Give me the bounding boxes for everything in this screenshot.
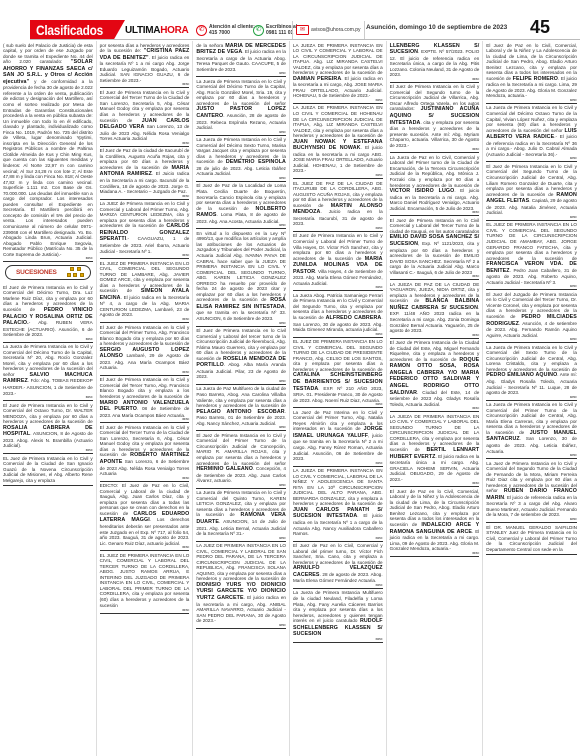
notice-code: IM/SC	[3, 396, 93, 399]
legal-notice: LA JUEZA DE PRIMERA INSTANCIA EN LO CIVI…	[293, 104, 383, 179]
notice-text: de la señora	[196, 43, 225, 48]
notice-highlight-name: DAMIAN PEREIRA	[293, 76, 341, 82]
notice-text: LA JUEZA DE PRIMERA INSTANCIA EN LO CIVI…	[293, 468, 383, 506]
notice-code: IM/SC	[390, 552, 480, 555]
notice-code: IM/SC	[486, 396, 577, 399]
notice-code: IM/SC	[100, 477, 190, 480]
legal-notice: LA JUEZA DE PRIMERA INSTANCIA EN LO CIVI…	[293, 41, 383, 104]
legal-notice: LA JUEZ DE PRIMERA INSTANCIA EN LO CIVIL…	[196, 542, 286, 629]
notice-code: IM/SC	[486, 99, 577, 102]
notice-text: LA JUEZA DE PRIMERA INSTANCIA EN LO CIVI…	[293, 43, 383, 76]
notice-code: IM/SC	[196, 131, 286, 134]
envelope-icon: ✉	[296, 25, 309, 35]
notice-code: IM/SC	[486, 157, 577, 160]
notice-code: IM/SC	[293, 99, 383, 102]
legal-notice: La Jueza de Primera Instancia en lo Civi…	[486, 104, 577, 162]
legal-notice: El Juez de Paz de la ciudad de Itacurubí…	[100, 147, 190, 200]
notice-highlight-name: VICTOR ISIDRO LUGO	[390, 188, 455, 194]
notice-text: La Jueza de Paz en lo Civil, Comercial y…	[390, 155, 480, 188]
notice-text: En virtud a lo dispuesto en la Ley Nº 49…	[196, 231, 286, 303]
notice-code: IM/SC	[196, 177, 286, 180]
legal-notice: por sesenta días a herederos y acreedore…	[100, 41, 190, 88]
dateline: Asunción, domingo 10 de septiembre de 20…	[366, 24, 507, 31]
column-3: de la señora MARIA DE MERCEDES BRITEZ DE…	[193, 41, 290, 756]
notice-code: IM/SC	[486, 285, 577, 288]
contact-email-address: avisos@uhora.com.py	[311, 27, 361, 33]
notice-text: El DR. MANUEL GERALDO SAIFILDIN STANLEY …	[486, 525, 577, 552]
legal-notice: La Jueza de Paz en lo Civil, Comercial y…	[390, 153, 480, 216]
notice-code: IM/SC	[293, 638, 383, 641]
page-header: Clasificados ULTIMAHORA ✆ Atención al cl…	[0, 0, 580, 40]
page-number: 45	[530, 17, 550, 38]
section-badge-sucesiones: SUCESIONES	[5, 265, 91, 280]
notice-code: IM/SC	[100, 318, 190, 321]
notice-code: IM/SC	[486, 518, 577, 521]
legal-notice: La Jueza de Primera Instancia en lo Civi…	[196, 136, 286, 182]
section-title: Clasificados	[36, 22, 103, 38]
legal-notice: EL Juez de Primera Instancia en lo Civil…	[3, 454, 93, 486]
notice-text: El Juez de Primera Instancia en lo Civil…	[390, 218, 480, 234]
notice-code: IM/SC	[100, 609, 190, 612]
notice-code: IM/SC	[390, 407, 480, 410]
notice-code: IM/SC	[390, 78, 480, 81]
legal-notice: EDICTO: El Juez de Paz en lo Civil, Come…	[100, 482, 190, 552]
notice-code: IM/SC	[486, 338, 577, 341]
column-5: LLENBERG KLASSEN S/ SUCESION. EXPTE. Nº …	[387, 41, 484, 756]
legal-notice: EL JUEZ DE PRIMERA INSTANCIA EN LO CIVIL…	[486, 221, 577, 291]
notice-text: El Juez de Primera Instancia en lo Civil…	[3, 403, 93, 425]
notice-code: IM/SC	[293, 462, 383, 465]
notice-code: IM/SC	[100, 142, 190, 145]
notice-code: IM/SC	[100, 195, 190, 198]
legal-notice: El Juez de Primera Instancia en lo Civil…	[100, 88, 190, 146]
notice-code: IM/SC	[196, 426, 286, 429]
notice-code: IM/SC	[390, 148, 480, 151]
family-tree-icon	[67, 267, 85, 278]
legal-notice: El Juez de Primera Instancia de la Ciuda…	[390, 339, 480, 413]
notice-code: IM/SC	[486, 454, 577, 457]
classifieds-columns: ( sub suelo del Palacio de Justicia) de …	[0, 41, 580, 756]
legal-notice: El Juez de Primera Instancia en lo Civil…	[486, 162, 577, 220]
legal-notice: El Juez del Juzgado de Primera Instancia…	[486, 290, 577, 343]
legal-notice: El Juez de Primera Instancia en lo Civil…	[100, 376, 190, 423]
whatsapp-icon: ✆	[253, 25, 264, 36]
notice-highlight-name: ALFREDO CABRERA	[326, 315, 382, 321]
legal-notice: EL JUEZ DE PRIMERA INSTANCIA EN LO CIVIL…	[293, 338, 383, 409]
notice-code: IM/SC	[293, 227, 383, 230]
notice-code: IM/SC	[100, 83, 190, 86]
notice-text: El Juez de Primera Instancia en lo Civil…	[100, 377, 190, 399]
legal-notice: LLENBERG KLASSEN S/ SUCESION. EXPTE. Nº …	[390, 41, 480, 83]
legal-notice: El Juez de Primera Instancia en lo Civil…	[100, 423, 190, 481]
legal-notice: El Juez de Primera Instancia en lo Civil…	[390, 83, 480, 154]
notice-text: LA JUEZA DE PRIMERA INSTANCIA EN LO CIVI…	[293, 105, 383, 138]
notice-highlight-name: PELAGIO ANTONIO ESCOBAR	[196, 409, 284, 415]
notice-code: IM/SC	[196, 624, 286, 627]
notice-text: EL JUEZ DE PRIMERA INSTANCIA EN LO CIVIL…	[486, 222, 577, 260]
notice-text: LA JUEZ DE PRIMERA INSTANCIA EN LO CIVIL…	[196, 543, 286, 581]
legal-notice: El Juez de Paz en lo Civil, Comercial, L…	[390, 487, 480, 557]
legal-notice: EL JUEZ DE PAZ DE LA CIUDAD DE ITACURUBI…	[293, 179, 383, 232]
notice-code: IM/SC	[293, 333, 383, 336]
notice-code: IM/SC	[390, 275, 480, 278]
legal-notice: La Jueza de Primera Instancia en lo Civi…	[486, 401, 577, 459]
notice-code: IM/SC	[3, 449, 93, 452]
notice-highlight-name: DEMETRIO ESPINOLA	[226, 159, 286, 165]
section-title-banner: Clasificados	[30, 20, 125, 40]
notice-text: El Juez de Primera Instancia en lo Civil…	[100, 325, 190, 347]
notice-text: EL JUEZ DE PRIMERA INSTANCIA EN LO CIVIL…	[293, 339, 383, 372]
logo-hora: HORA	[160, 25, 188, 36]
contact-email: ✉ avisos@uhora.com.py	[292, 21, 365, 39]
legal-notice: La Jueza Abog. Patricia Samaniego Ferrar…	[293, 291, 383, 337]
legal-notice: La JUEZ de Primera Instancia en lo Civil…	[100, 200, 190, 259]
notice-highlight-name: PEDRO EMILIANO AQUINO	[486, 372, 557, 378]
legal-notice: El Juez de Primera Instancia en lo Civil…	[3, 401, 93, 454]
legal-notice: La Jueza de Primera Instancia en lo Civi…	[196, 489, 286, 542]
notice-code: IM/SC	[196, 537, 286, 540]
notice-text: El Juez de Primera Instancia en lo Civil…	[196, 433, 286, 466]
legal-notice: La Jueza de Primera Instancia en lo Civi…	[196, 77, 286, 135]
logo-ultima: ULTIMA	[125, 25, 160, 36]
legal-notice: El Juez de Paz de la Localidad de Loma P…	[196, 182, 286, 229]
contact-whatsapp: ✆ Escribinos al 0981 111 01	[253, 21, 297, 39]
legal-notice: La Jueza de Paz Multifuero de la ciudad …	[196, 385, 286, 431]
legal-notice: ( sub suelo del Palacio de Justicia) de …	[3, 41, 93, 262]
legal-notice: La Jueza de Primera Instancia Multifuero…	[293, 589, 383, 643]
notice-code: IM/SC	[486, 216, 577, 219]
phone-icon: ✆	[196, 25, 207, 36]
notice-text: El Juez de Paz en lo Civil, Comercial y …	[293, 543, 383, 565]
notice-code: IM/SC	[100, 371, 190, 374]
legal-notice: El Juez de Primera Instancia en lo Civil…	[196, 431, 286, 488]
notice-text: La Jueza de Primera Instancia en lo Civi…	[486, 345, 577, 372]
notice-code: IM/SC	[293, 403, 383, 406]
legal-notice: EL JUEZ DE PRIMERA INSTANCIA EN LO CIVIL…	[100, 551, 190, 614]
header-divider	[30, 39, 580, 40]
notice-text: EL JUEZ DE PRIMERA INSTANCIA EN LO CIVIL…	[100, 553, 190, 608]
contact-phone: ✆ Atención al cliente: 415 7000	[196, 21, 255, 39]
legal-notice: El DR. MANUEL GERALDO SAIFILDIN STANLEY …	[486, 523, 577, 555]
notice-code: IM/SC	[293, 537, 383, 540]
newspaper-logo: ULTIMAHORA	[125, 20, 190, 40]
legal-notice: El Juez de Primera Instancia en lo Civil…	[3, 283, 93, 342]
notice-code: IM/SC	[196, 322, 286, 325]
notice-text-tail: 28 de julio de 2023. Abg. Leticia Ibáñez…	[196, 166, 286, 177]
legal-notice: LA JUEZA DE PRIMERA INSTANCIA EN LO CIVI…	[293, 467, 383, 542]
notice-code: IM/SC	[196, 380, 286, 383]
legal-notice: El Juez de Primera Instancia en lo Civil…	[100, 323, 190, 376]
legal-notice: La Juez de Primera Instancia en lo Civil…	[486, 459, 577, 523]
notice-code: IM/SC	[196, 72, 286, 75]
notice-text: EL Juez de Primera Instancia en lo Civil…	[3, 456, 93, 483]
notice-text: La Jueza de Paz Multifuero de la ciudad …	[196, 386, 286, 408]
legal-notice: El Juez de Primera Instancia en lo Civil…	[196, 327, 286, 385]
notice-code: IM/SC	[3, 257, 93, 260]
column-6: El Juez de Paz en lo Civil, Comercial, L…	[483, 41, 580, 756]
column-2: por sesenta días a herederos y acreedore…	[97, 41, 194, 756]
legal-notice: El Juez de Primera Instancia en lo Civil…	[390, 216, 480, 280]
contact-phone-number: 415 7000	[209, 30, 255, 36]
column-1: ( sub suelo del Palacio de Justicia) de …	[0, 41, 97, 756]
notice-code: IM/SC	[3, 338, 93, 341]
notice-code: IM/SC	[390, 334, 480, 337]
legal-notice: La Jueza de Primera Instancia en lo Civi…	[3, 343, 93, 401]
legal-notice: LA JUEZA DE PRIMERA INSTANCIA EN LO CIVI…	[390, 412, 480, 487]
legal-notice: En virtud a lo dispuesto en la Ley Nº 49…	[196, 229, 286, 326]
notice-text: La Jueza de Primera Instancia en lo Civi…	[196, 79, 286, 106]
section-label: SUCESIONES	[16, 269, 57, 276]
legal-notice: El Juez de Paz en lo Civil, Comercial, L…	[486, 41, 577, 104]
legal-notice: La Jueza de Primera Instancia en lo Civi…	[486, 343, 577, 400]
legal-notice: El Juez de Primera Instancia en lo Civil…	[293, 232, 383, 291]
notice-code: IM/SC	[100, 418, 190, 421]
notice-code: IM/SC	[293, 286, 383, 289]
legal-notice: EL JUEZ DE PRIMERA INSTANCIA EN LO CIVIL…	[100, 259, 190, 323]
notice-code: IM/SC	[390, 211, 480, 214]
notice-code: IM/SC	[390, 482, 480, 485]
notice-highlight-name: HERMINIO GALEANO	[196, 466, 253, 472]
notice-highlight-name: FELIPE ROMERO	[513, 76, 558, 82]
column-4: LA JUEZA DE PRIMERA INSTANCIA EN LO CIVI…	[290, 41, 387, 756]
notice-code: IM/SC	[196, 484, 286, 487]
notice-text-tail: y de conformidad a la providencia de fec…	[3, 79, 93, 257]
legal-notice: LA JUEZA DE PAZ DE LA CIUDAD DE YAGUARON…	[390, 280, 480, 338]
legal-notice: de la señora MARIA DE MERCEDES BRITEZ DE…	[196, 41, 286, 77]
notice-code: IM/SC	[100, 254, 190, 257]
legal-notice: La Juez de Paz Interina en lo Civil y Co…	[293, 408, 383, 466]
legal-notice: El Juez de Paz en lo Civil, Comercial y …	[293, 542, 383, 589]
notice-code: IM/SC	[293, 584, 383, 587]
notice-code: IM/SC	[196, 224, 286, 227]
notice-code: IM/SC	[100, 546, 190, 549]
notice-code: IM/SC	[293, 174, 383, 177]
